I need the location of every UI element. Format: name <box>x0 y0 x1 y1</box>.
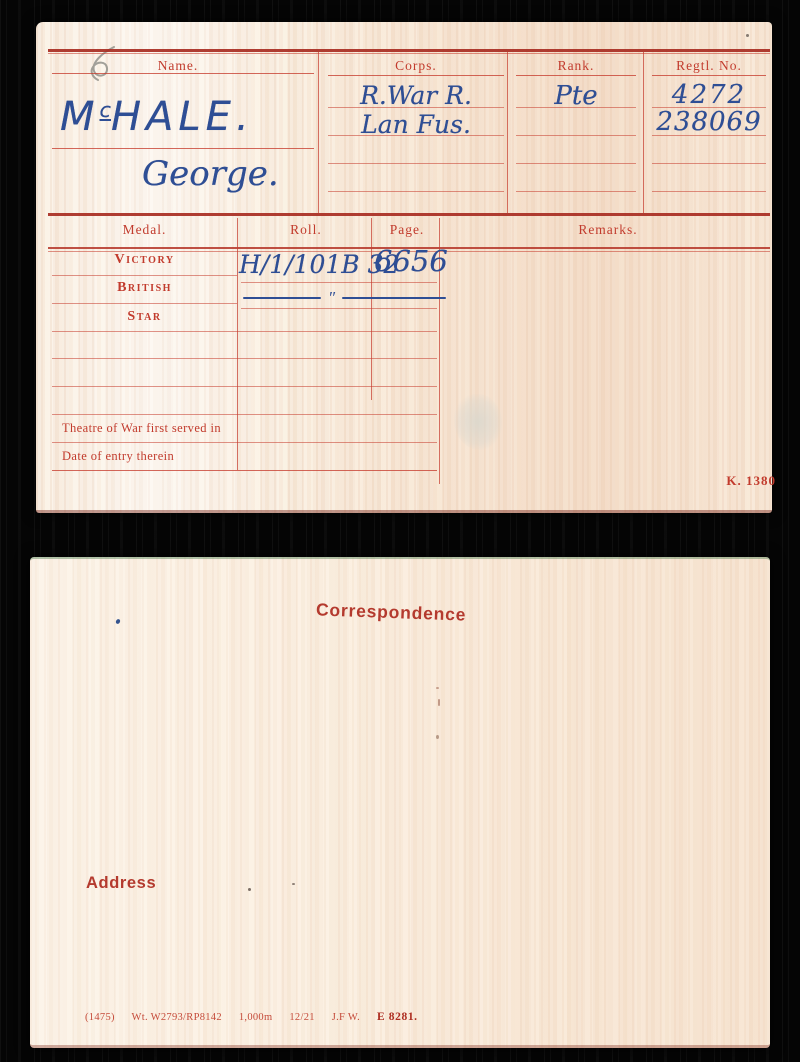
rule <box>52 73 314 74</box>
form-number: K. 1380 <box>676 473 776 489</box>
regtl-column-header: Regtl. No. <box>652 58 766 74</box>
rule <box>652 163 766 164</box>
paper-speck <box>248 888 251 891</box>
rule <box>52 275 237 276</box>
ditto-quote: ″ <box>328 288 335 308</box>
imprint-part: (1475) <box>85 1012 115 1023</box>
imprint-part: 1,000m <box>239 1012 273 1023</box>
regtl-entry-1: 4272 <box>652 80 766 110</box>
remarks-column-header: Remarks. <box>443 222 773 238</box>
rule <box>516 191 636 192</box>
address-label: Address <box>86 874 156 893</box>
roll-column-header: Roll. <box>241 222 371 238</box>
medal-index-card-front: Name. Corps. Rank. Regtl. No. McHALE. Ge… <box>36 22 772 513</box>
top-rule <box>48 49 770 52</box>
rule <box>328 191 504 192</box>
rule <box>52 148 314 149</box>
faint-mark <box>436 735 439 739</box>
top-rule-2 <box>48 53 770 54</box>
divider <box>318 52 319 213</box>
forename-handwriting: George. <box>142 154 279 194</box>
divider <box>507 52 508 213</box>
rule <box>52 386 437 387</box>
rule <box>328 163 504 164</box>
printers-imprint: (1475) Wt. W2793/RP8142 1,000m 12/21 J.F… <box>85 1011 418 1023</box>
victory-page-entry: 6656 <box>374 244 448 278</box>
rule <box>52 358 437 359</box>
theatre-of-war-label: Theatre of War first served in <box>62 421 242 436</box>
rule <box>652 191 766 192</box>
name-column-header: Name. <box>98 58 258 74</box>
rule <box>52 414 437 415</box>
imprint-ref-number: E 8281. <box>377 1011 418 1023</box>
faint-mark <box>438 699 440 706</box>
paper-speck <box>292 883 295 885</box>
rule <box>516 163 636 164</box>
corps-entry-2: Lan Fus. <box>328 110 504 139</box>
faint-mark <box>436 687 439 689</box>
rule <box>241 282 437 283</box>
imprint-part: 12/21 <box>289 1012 314 1023</box>
ditto-dash-left <box>243 297 321 299</box>
rule <box>52 442 437 443</box>
paper-speck <box>746 34 749 37</box>
rule <box>328 75 504 76</box>
date-of-entry-label: Date of entry therein <box>62 449 242 464</box>
regtl-entry-2: 238069 <box>652 107 766 137</box>
rule <box>52 331 437 332</box>
medal-row-british: British <box>52 280 237 296</box>
corps-column-header: Corps. <box>328 58 504 74</box>
rule <box>652 75 766 76</box>
british-ditto-mark: ″ <box>243 288 453 308</box>
rule <box>241 308 437 309</box>
page-column-header: Page. <box>375 222 439 238</box>
correspondence-title: Correspondence <box>316 599 467 625</box>
ditto-dash-right <box>342 297 446 299</box>
rule <box>52 470 437 471</box>
imprint-part: J.F W. <box>332 1012 360 1023</box>
medal-row-star: Star <box>52 309 237 325</box>
medal-index-card-back: Correspondence Address (1475) Wt. W2793/… <box>30 557 770 1048</box>
paper-watermark-blob <box>454 394 502 450</box>
medal-column-header: Medal. <box>52 222 237 238</box>
corps-entry-1: R.War R. <box>328 81 504 110</box>
divider <box>643 52 644 213</box>
rule <box>52 303 237 304</box>
ink-dot <box>115 618 121 624</box>
section-rule <box>48 213 770 216</box>
rank-entry: Pte <box>516 81 636 111</box>
imprint-part: Wt. W2793/RP8142 <box>132 1012 222 1023</box>
rule <box>516 75 636 76</box>
rank-column-header: Rank. <box>516 58 636 74</box>
rule <box>516 135 636 136</box>
surname-handwriting: McHALE. <box>60 94 254 140</box>
medal-row-victory: Victory <box>52 252 237 268</box>
